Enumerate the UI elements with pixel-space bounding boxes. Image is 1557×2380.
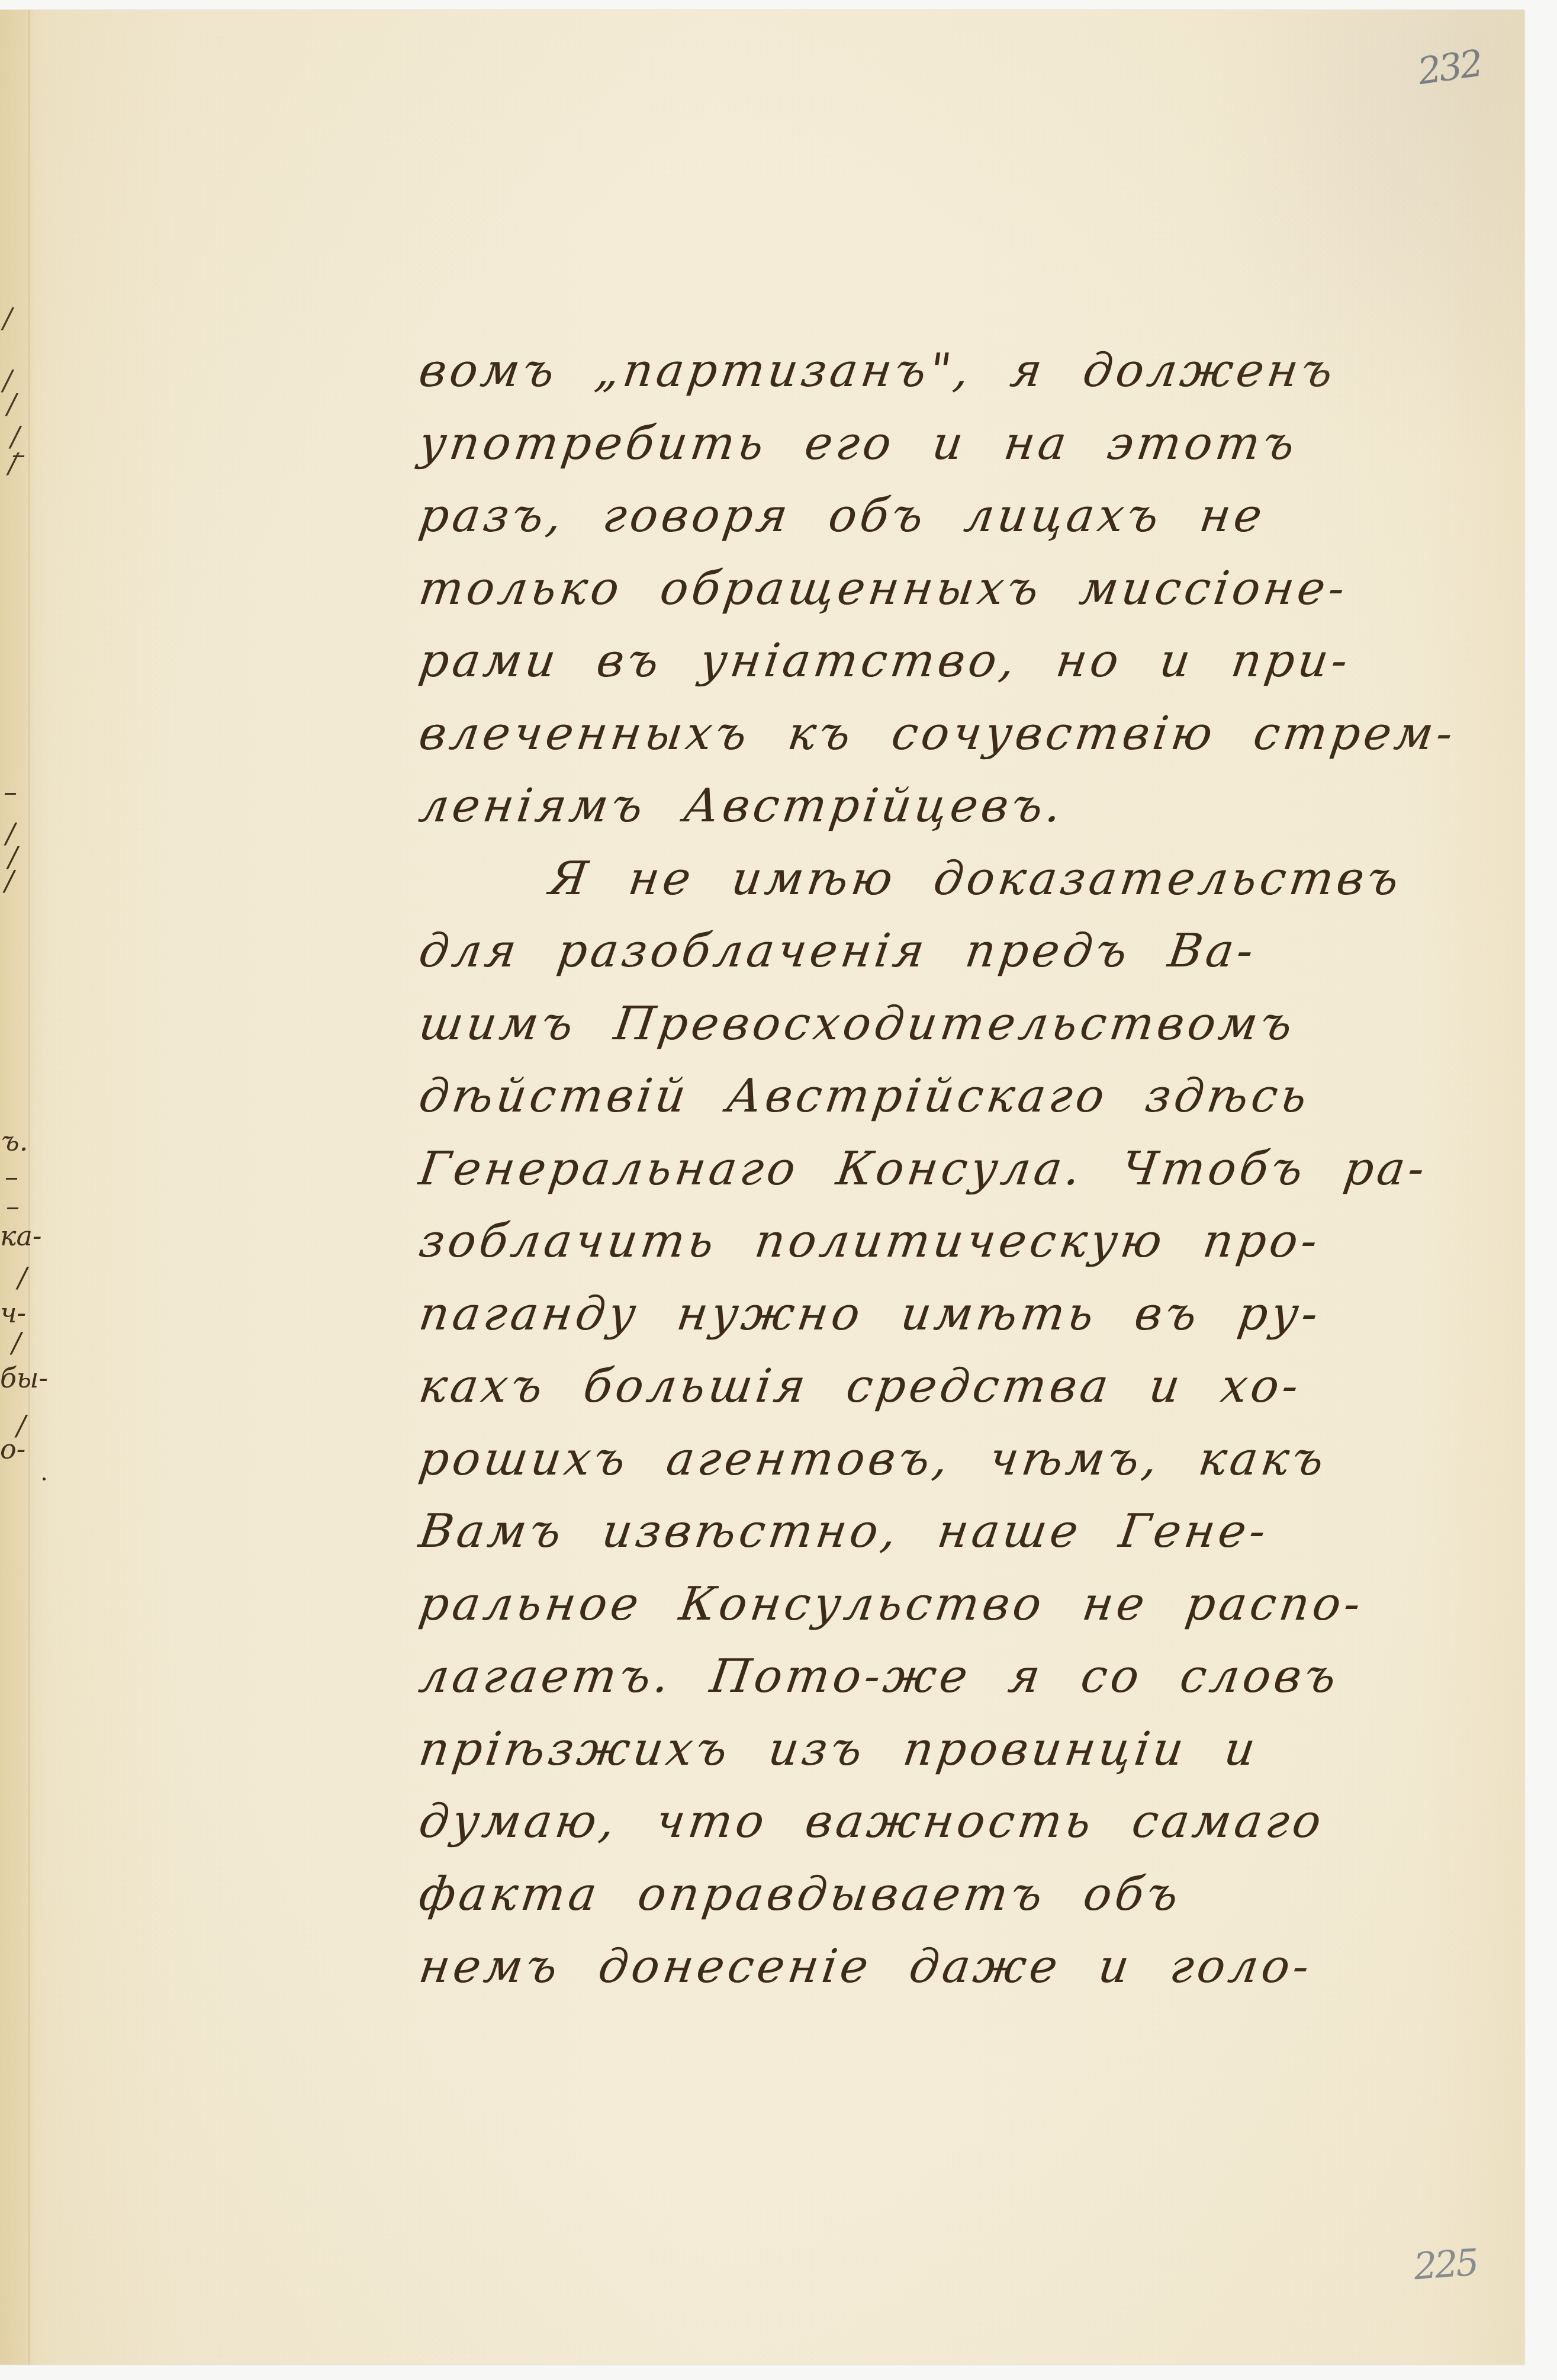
text-line: употребить его и на этотъ <box>414 407 1526 480</box>
margin-fragment: / <box>7 388 17 420</box>
margin-fragment: ка- <box>0 1220 41 1252</box>
text-line: паганду нужно имѣть въ ру- <box>414 1278 1526 1351</box>
text-line: думаю, что важность самаго <box>414 1785 1526 1858</box>
text-line: дѣйствій Австрійскаго здѣсь <box>414 1060 1526 1133</box>
text-line: ральное Консульство не распо- <box>414 1568 1526 1641</box>
text-line: рами въ уніатство, но и при- <box>414 625 1526 698</box>
paragraph-start-line: Я не имѣю доказательствъ <box>414 843 1526 916</box>
text-line: леніямъ Австрійцевъ. <box>414 770 1526 843</box>
text-line: зоблачить политическую про- <box>414 1205 1526 1278</box>
text-line: кахъ большія средства и хо- <box>414 1350 1526 1423</box>
text-line: шимъ Превосходительствомъ <box>414 988 1526 1061</box>
margin-fragment: бы- <box>0 1362 48 1394</box>
margin-fragment: ч- <box>0 1297 26 1329</box>
manuscript-body-text: вомъ „партизанъ", я долженъ употребить е… <box>414 335 1516 2003</box>
margin-fragment: о- <box>0 1433 25 1465</box>
margin-fragment: / <box>3 302 12 334</box>
margin-fragment: – <box>5 1161 18 1193</box>
text-line: факта оправдываетъ объ <box>414 1858 1526 1931</box>
folio-number-top: 232 <box>1415 41 1483 93</box>
text-line: лагаетъ. Пото-же я со словъ <box>414 1640 1526 1713</box>
margin-fragment: / <box>12 1326 21 1358</box>
text-line: для разоблаченія предъ Ва- <box>414 915 1526 988</box>
text-line: Генеральнаго Консула. Чтобъ ра- <box>414 1133 1526 1206</box>
text-line: Вамъ извѣстно, наше Гене- <box>414 1495 1526 1568</box>
margin-fragment: / <box>8 447 18 479</box>
margin-fragment: / <box>5 865 14 897</box>
ink-speck <box>43 1478 46 1480</box>
margin-fragment: – <box>6 1190 20 1222</box>
text-line: влеченныхъ къ сочувствію стрем- <box>414 698 1526 770</box>
margin-fragment: – <box>4 776 17 808</box>
folio-number-bottom: 225 <box>1413 2240 1478 2288</box>
text-line: рошихъ агентовъ, чѣмъ, какъ <box>414 1423 1526 1496</box>
manuscript-page: 232 / / / / – / – / / / ъ. – – ка- / ч- … <box>0 10 1524 2365</box>
text-line: немъ донесеніе даже и голо- <box>414 1931 1526 2003</box>
text-line: разъ, говоря объ лицахъ не <box>414 480 1526 553</box>
margin-fragment: ъ. <box>1 1125 28 1157</box>
text-line: вомъ „партизанъ", я долженъ <box>414 335 1526 407</box>
text-line: только обращенныхъ миссіоне- <box>414 553 1526 625</box>
margin-fragment: / <box>18 1261 27 1293</box>
text-line: пріѣзжихъ изъ провинціи и <box>414 1713 1526 1786</box>
